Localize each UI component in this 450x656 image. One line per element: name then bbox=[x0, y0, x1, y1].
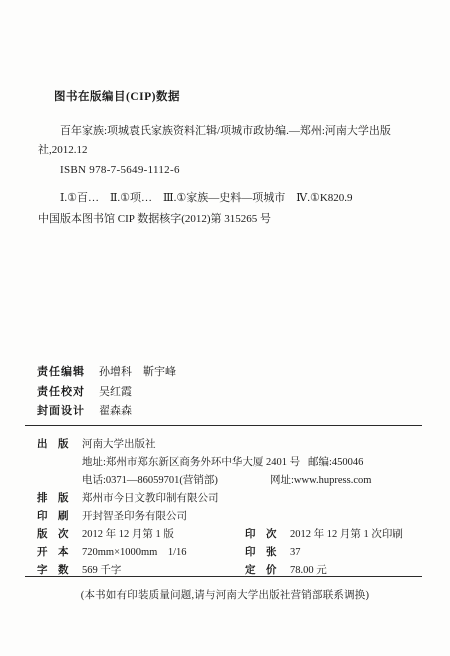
address-text: 地址:郑州市郑东新区商务外环中华大厦 2401 号 bbox=[82, 457, 300, 468]
cip-heading: 图书在版编目(CIP)数据 bbox=[54, 88, 414, 107]
wordcount-value: 569 千字 bbox=[82, 562, 245, 580]
phone-row: 电话:0371—86059701(营销部) 网址:www.hupress.com bbox=[37, 472, 427, 490]
cip-record-line: 中国版本图书馆 CIP 数据核字(2012)第 315265 号 bbox=[38, 210, 414, 229]
staff-label: 责任校对 bbox=[37, 386, 85, 398]
printer-label: 印 刷 bbox=[37, 508, 82, 526]
phone-text: 电话:0371—86059701(营销部) bbox=[82, 475, 218, 486]
sheets-label: 印 张 bbox=[245, 544, 290, 562]
typesetter-name: 郑州市今日文教印制有限公司 bbox=[82, 490, 427, 508]
price-label: 定 价 bbox=[245, 562, 290, 580]
cip-block: 图书在版编目(CIP)数据 百年家族:项城袁氏家族资料汇辑/项城市政协编.—郑州… bbox=[38, 88, 414, 229]
typesetter-label: 排 版 bbox=[37, 490, 82, 508]
staff-row-cover-designer: 封面设计翟森森 bbox=[37, 402, 176, 422]
staff-names: 翟森森 bbox=[99, 405, 132, 417]
edition-impression-row: 版 次 2012 年 12 月第 1 版 印 次 2012 年 12 月第 1 … bbox=[37, 526, 427, 544]
cip-title-line: 百年家族:项城袁氏家族资料汇辑/项城市政协编.—郑州:河南大学出版社,2012.… bbox=[38, 122, 414, 160]
publication-info: 出 版 河南大学出版社 地址:郑州市郑东新区商务外环中华大厦 2401 号 邮编… bbox=[37, 436, 427, 580]
wordcount-label: 字 数 bbox=[37, 562, 82, 580]
typesetter-row: 排 版 郑州市今日文教印制有限公司 bbox=[37, 490, 427, 508]
format-label: 开 本 bbox=[37, 544, 82, 562]
price-value: 78.00 元 bbox=[290, 562, 427, 580]
staff-label: 责任编辑 bbox=[37, 366, 85, 378]
printer-row: 印 刷 开封智圣印务有限公司 bbox=[37, 508, 427, 526]
format-sheets-row: 开 本 720mm×1000mm 1/16 印 张 37 bbox=[37, 544, 427, 562]
isbn-line: ISBN 978-7-5649-1112-6 bbox=[38, 161, 414, 180]
staff-row-editor: 责任编辑孙增科 靳宇峰 bbox=[37, 363, 176, 383]
wordcount-price-row: 字 数 569 千字 定 价 78.00 元 bbox=[37, 562, 427, 580]
sheets-value: 37 bbox=[290, 544, 427, 562]
staff-credits: 责任编辑孙增科 靳宇峰 责任校对吴红霞 封面设计翟森森 bbox=[37, 363, 176, 422]
staff-row-proofreader: 责任校对吴红霞 bbox=[37, 383, 176, 403]
staff-label: 封面设计 bbox=[37, 405, 85, 417]
cip-classification-line: Ⅰ.①百… Ⅱ.①项… Ⅲ.①家族—史料—项城市 Ⅳ.①K820.9 bbox=[38, 189, 414, 208]
address-row: 地址:郑州市郑东新区商务外环中华大厦 2401 号 邮编:450046 bbox=[37, 454, 427, 472]
edition-value: 2012 年 12 月第 1 版 bbox=[82, 526, 245, 544]
publisher-label: 出 版 bbox=[37, 436, 82, 454]
quality-note: (本书如有印装质量问题,请与河南大学出版社营销部联系调换) bbox=[0, 587, 450, 602]
impression-label: 印 次 bbox=[245, 526, 290, 544]
staff-names: 吴红霞 bbox=[99, 386, 132, 398]
impression-value: 2012 年 12 月第 1 次印刷 bbox=[290, 526, 427, 544]
divider-bottom bbox=[25, 576, 422, 577]
publisher-name: 河南大学出版社 bbox=[82, 436, 427, 454]
format-value: 720mm×1000mm 1/16 bbox=[82, 544, 245, 562]
book-copyright-page: { "cip": { "heading": "图书在版编目(CIP)数据", "… bbox=[0, 0, 450, 656]
staff-names: 孙增科 靳宇峰 bbox=[99, 366, 176, 378]
printer-name: 开封智圣印务有限公司 bbox=[82, 508, 427, 526]
divider-top bbox=[25, 425, 422, 426]
postcode-text: 邮编:450046 bbox=[308, 454, 363, 472]
edition-label: 版 次 bbox=[37, 526, 82, 544]
website-text: 网址:www.hupress.com bbox=[270, 472, 371, 490]
publisher-row: 出 版 河南大学出版社 bbox=[37, 436, 427, 454]
